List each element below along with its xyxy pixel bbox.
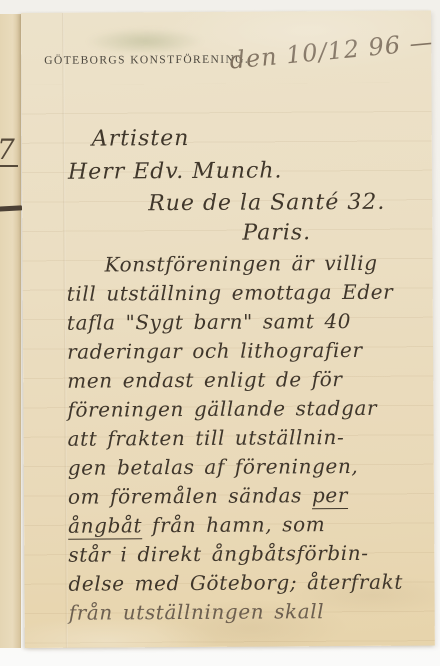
body-line: från utställningen skall — [69, 596, 435, 627]
ink-smudge-stain — [87, 28, 203, 55]
handwritten-date: den 10/12 96 — — [228, 28, 434, 75]
recipient-street: Rue de la Santé 32. — [148, 190, 385, 216]
body-line: står i direkt ångbåtsförbin- — [68, 538, 435, 569]
body-line: raderingar och lithografier — [67, 335, 435, 366]
body-line: om föremålen sändas per — [68, 480, 435, 511]
body-line: föreningen gällande stadgar — [67, 393, 435, 424]
underlined-word: per — [312, 483, 348, 509]
letterhead-text: GÖTEBORGS KONSTFÖRENING. — [44, 54, 249, 67]
recipient-title: Artisten — [92, 126, 190, 152]
pencil-numeral-mark: 7 — [0, 136, 18, 167]
body-line: Konstföreningen är villig — [66, 248, 434, 279]
underlined-word: ångbåt — [68, 513, 142, 539]
faint-pencil-mark — [3, 500, 9, 521]
body-line: till utställning emottaga Eder — [67, 277, 435, 308]
letter-paper: GÖTEBORGS KONSTFÖRENING. den 10/12 96 — … — [21, 10, 435, 647]
pencil-bar-mark — [0, 205, 22, 211]
body-line: ångbåt från hamn, som — [68, 509, 435, 540]
body-line: delse med Göteborg; återfrakt — [68, 567, 434, 598]
body-line: att frakten till utställnin- — [68, 422, 435, 453]
recipient-name: Herr Edv. Munch. — [68, 158, 283, 184]
body-line: gen betalas af föreningen, — [68, 451, 435, 482]
body-line: men endast enligt de för — [67, 364, 435, 395]
body-line: tafla "Sygt barn" samt 40 — [67, 306, 435, 337]
recipient-city: Paris. — [242, 220, 311, 245]
letter-body: Konstföreningen är villig till utställni… — [66, 248, 434, 627]
underlying-page: 7 — [0, 14, 21, 648]
